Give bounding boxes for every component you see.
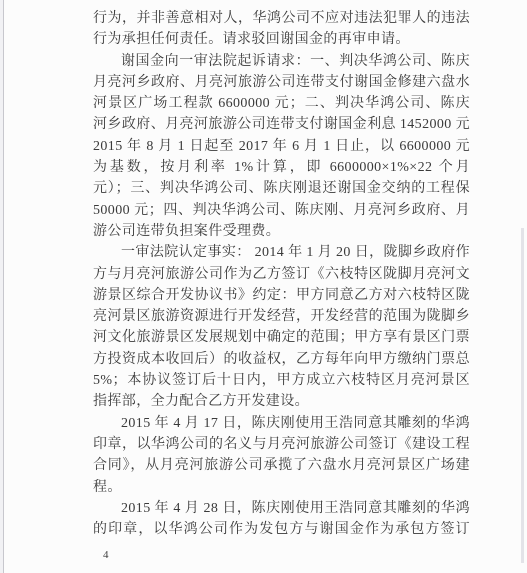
document-line: 游公司连带负担案件受理费。 (93, 221, 470, 242)
document-line: 一审法院认定事实： 2014 年 1 月 20 日，陇脚乡政府作为甲 (93, 242, 470, 263)
document-line: 5%；本协议签订后十日内，甲方成立六枝特区月亮河景区项目建设 (93, 370, 470, 391)
document-line: 2015 年 4 月 17 日，陈庆刚使用王浩同意其雕刻的华鸿公司的 (93, 413, 470, 434)
document-line: 方投资成本收回后）的收益权，乙方每年向甲方缴纳门票总收入的 (93, 349, 470, 370)
document-line: 程。 (93, 477, 470, 498)
document-line: 河文化旅游景区发展规划中确定的范围；甲方享有景区门票（待乙 (93, 327, 470, 348)
document-line: 河景区广场工程款 6600000 元；二、判决华鸿公司、陈庆刚、月亮 (93, 93, 470, 114)
document-line: 行为，并非善意相对人，华鸿公司不应对违法犯罪人的违法犯罪 (93, 8, 470, 29)
document-line: 方与月亮河旅游公司作为乙方签订《六枝特区陇脚月亮河文化旅 (93, 264, 470, 285)
page-number: 4 (103, 548, 109, 562)
document-line: 游景区综合开发协议书》约定：甲方同意乙方对六枝特区陇脚乡月 (93, 285, 470, 306)
document-line: 2015 年 8 月 1 日起至 2017 年 6 月 1 日止，以 66000… (93, 136, 470, 157)
document-line: 50000 元；四、判决华鸿公司、陈庆刚、月亮河乡政府、月亮河旅 (93, 200, 470, 221)
scan-right-edge-shadow (521, 228, 524, 563)
document-page: 行为，并非善意相对人，华鸿公司不应对违法犯罪人的违法犯罪 行为承担任何责任。请求… (0, 0, 527, 573)
document-line: 元）；三、判决华鸿公司、陈庆刚退还谢国金交纳的工程保证金 (93, 178, 470, 199)
document-line: 行为承担任何责任。请求驳回谢国金的再审申请。 (93, 29, 470, 50)
document-text-block: 行为，并非善意相对人，华鸿公司不应对违法犯罪人的违法犯罪 行为承担任何责任。请求… (93, 8, 470, 540)
document-line: 指挥部，全力配合乙方开发建设。 (93, 391, 470, 412)
document-line: 印章，以华鸿公司的名义与月亮河旅游公司签订《建设工程施工 (93, 434, 470, 455)
document-line: 合同》，从月亮河旅游公司承揽了六盘水月亮河景区广场建设工 (93, 455, 470, 476)
document-line: 河乡政府、月亮河旅游公司连带支付谢国金利息 1452000 元（从 (93, 114, 470, 135)
document-line: 的印章，以华鸿公司作为发包方与谢国金作为承包方签订《施工 (93, 519, 470, 540)
document-line: 亮河景区旅游资源进行开发经营，开发经营的范围为陇脚乡月亮 (93, 306, 470, 327)
document-line: 谢国金向一审法院起诉请求：一、判决华鸿公司、陈庆刚、 (93, 51, 470, 72)
document-line: 2015 年 4 月 28 日，陈庆刚使用王浩同意其雕刻的华鸿公司 (93, 498, 470, 519)
scan-left-edge-line (3, 0, 4, 573)
document-line: 为基数，按月利率 1%计算，即 6600000×1%×22 个月=1452000 (93, 157, 470, 178)
document-line: 月亮河乡政府、月亮河旅游公司连带支付谢国金修建六盘水月亮 (93, 72, 470, 93)
